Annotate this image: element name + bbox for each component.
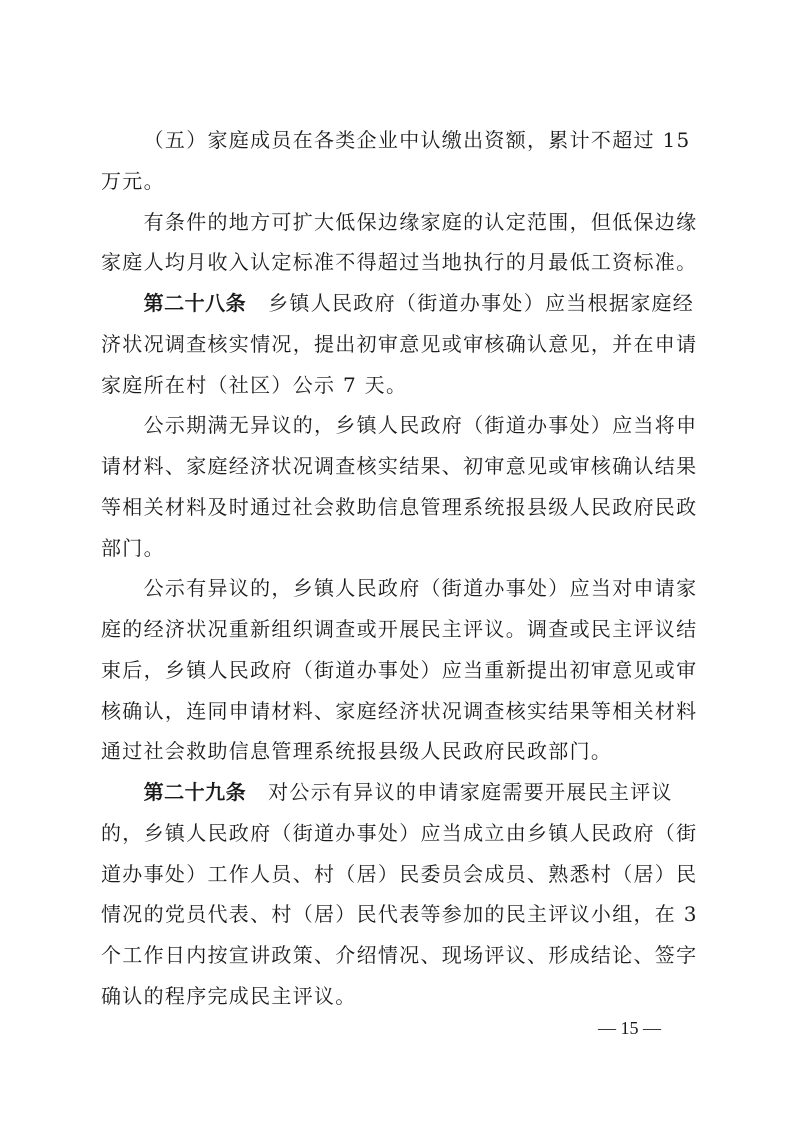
text-line: 家庭人均月收入认定标准不得超过当地执行的月最低工资标准。 [101,246,701,287]
document-body: （五）家庭成员在各类企业中认缴出资额，累计不超过 15 万元。 有条件的地方可扩… [101,124,701,1021]
document-page: （五）家庭成员在各类企业中认缴出资额，累计不超过 15 万元。 有条件的地方可扩… [0,0,794,1123]
text-line: 部门。 [101,532,701,573]
paragraph-objection: 公示有异议的，乡镇人民政府（街道办事处）应当对申请家 庭的经济状况重新组织调查或… [101,572,701,776]
text-line: 等相关材料及时通过社会救助信息管理系统报县级人民政府民政 [101,491,701,532]
text-line: （五）家庭成员在各类企业中认缴出资额，累计不超过 15 [101,124,701,165]
text-span: 乡镇人民政府（街道办事处）应当根据家庭经 [268,291,694,315]
paragraph-item-5: （五）家庭成员在各类企业中认缴出资额，累计不超过 15 万元。 [101,124,701,206]
article-heading: 第二十九条 [144,780,247,804]
text-line: 家庭所在村（社区）公示 7 天。 [101,369,701,410]
text-line: 有条件的地方可扩大低保边缘家庭的认定范围，但低保边缘 [101,206,701,247]
paragraph-no-objection: 公示期满无异议的，乡镇人民政府（街道办事处）应当将申 请材料、家庭经济状况调查核… [101,409,701,572]
paragraph-expand-scope: 有条件的地方可扩大低保边缘家庭的认定范围，但低保边缘 家庭人均月收入认定标准不得… [101,206,701,288]
text-line: 情况的党员代表、村（居）民代表等参加的民主评议小组，在 3 [101,898,701,939]
text-line: 的，乡镇人民政府（街道办事处）应当成立由乡镇人民政府（街 [101,817,701,858]
text-line: 通过社会救助信息管理系统报县级人民政府民政部门。 [101,735,701,776]
text-line: 第二十八条乡镇人民政府（街道办事处）应当根据家庭经 [101,287,701,328]
page-number: — 15 — [598,1018,661,1039]
text-span: 对公示有异议的申请家庭需要开展民主评议 [268,780,673,804]
text-line: 请材料、家庭经济状况调查核实结果、初审意见或审核确认结果 [101,450,701,491]
text-line: 束后，乡镇人民政府（街道办事处）应当重新提出初审意见或审 [101,654,701,695]
text-line: 万元。 [101,165,701,206]
text-line: 公示有异议的，乡镇人民政府（街道办事处）应当对申请家 [101,572,701,613]
text-line: 个工作日内按宣讲政策、介绍情况、现场评议、形成结论、签字 [101,939,701,980]
text-line: 核确认，连同申请材料、家庭经济状况调查核实结果等相关材料 [101,695,701,736]
text-line: 确认的程序完成民主评议。 [101,980,701,1021]
article-heading: 第二十八条 [144,291,247,315]
paragraph-article-29: 第二十九条对公示有异议的申请家庭需要开展民主评议 的，乡镇人民政府（街道办事处）… [101,776,701,1021]
text-line: 济状况调查核实情况，提出初审意见或审核确认意见，并在申请 [101,328,701,369]
text-line: 第二十九条对公示有异议的申请家庭需要开展民主评议 [101,776,701,817]
text-line: 公示期满无异议的，乡镇人民政府（街道办事处）应当将申 [101,409,701,450]
text-line: 庭的经济状况重新组织调查或开展民主评议。调查或民主评议结 [101,613,701,654]
text-line: 道办事处）工作人员、村（居）民委员会成员、熟悉村（居）民 [101,858,701,899]
paragraph-article-28: 第二十八条乡镇人民政府（街道办事处）应当根据家庭经 济状况调查核实情况，提出初审… [101,287,701,409]
